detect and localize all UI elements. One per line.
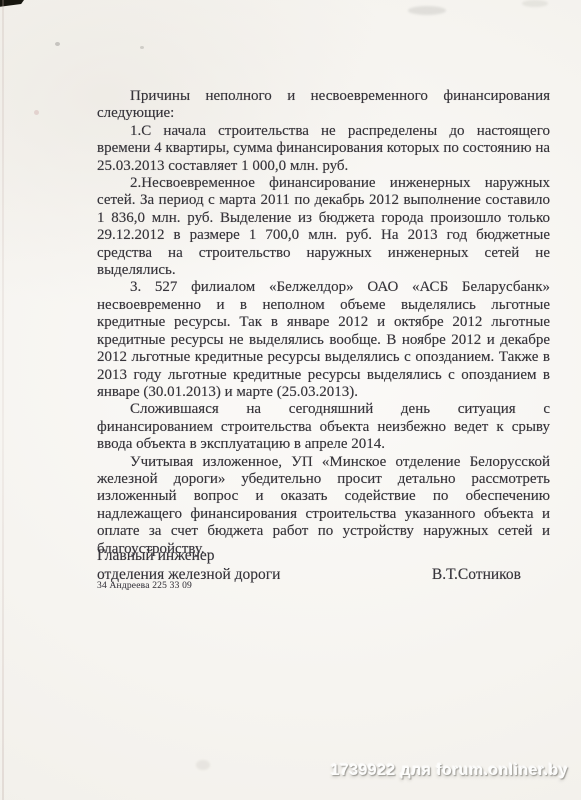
signature-name: В.Т.Сотников [432,565,549,584]
signature-block: Главный инженер отделения железной дорог… [97,546,549,584]
scan-speck [140,46,144,49]
scanned-letter-page: Причины неполного и несвоевременного фин… [0,0,581,800]
scan-smudge [408,6,446,15]
signature-title: Главный инженер отделения железной дорог… [97,546,280,584]
paragraph-item-1: 1.С начала строительства не распределены… [97,123,550,175]
signature-title-line1: Главный инженер [97,546,280,565]
letter-body: Причины неполного и несвоевременного фин… [97,88,550,558]
paragraph-request: Учитывая изложенное, УП «Минское отделен… [97,454,550,558]
watermark-text: 1739922 для forum.onliner.by [331,762,568,780]
paragraph-intro: Причины неполного и несвоевременного фин… [97,88,550,123]
contact-note: 34 Андреева 225 33 09 [97,581,192,591]
scan-speck [34,110,39,115]
scan-speck [55,42,60,46]
scan-smudge [522,0,548,7]
paragraph-item-2: 2.Несвоевременное финансирование инженер… [97,175,550,279]
page-edge-line [2,0,4,800]
paragraph-item-3: 3. 527 филиалом «Белжелдор» ОАО «АСБ Бел… [97,279,550,401]
scan-smudge [196,760,210,770]
paragraph-conclusion: Сложившаяся на сегодняшний день ситуация… [97,401,550,453]
